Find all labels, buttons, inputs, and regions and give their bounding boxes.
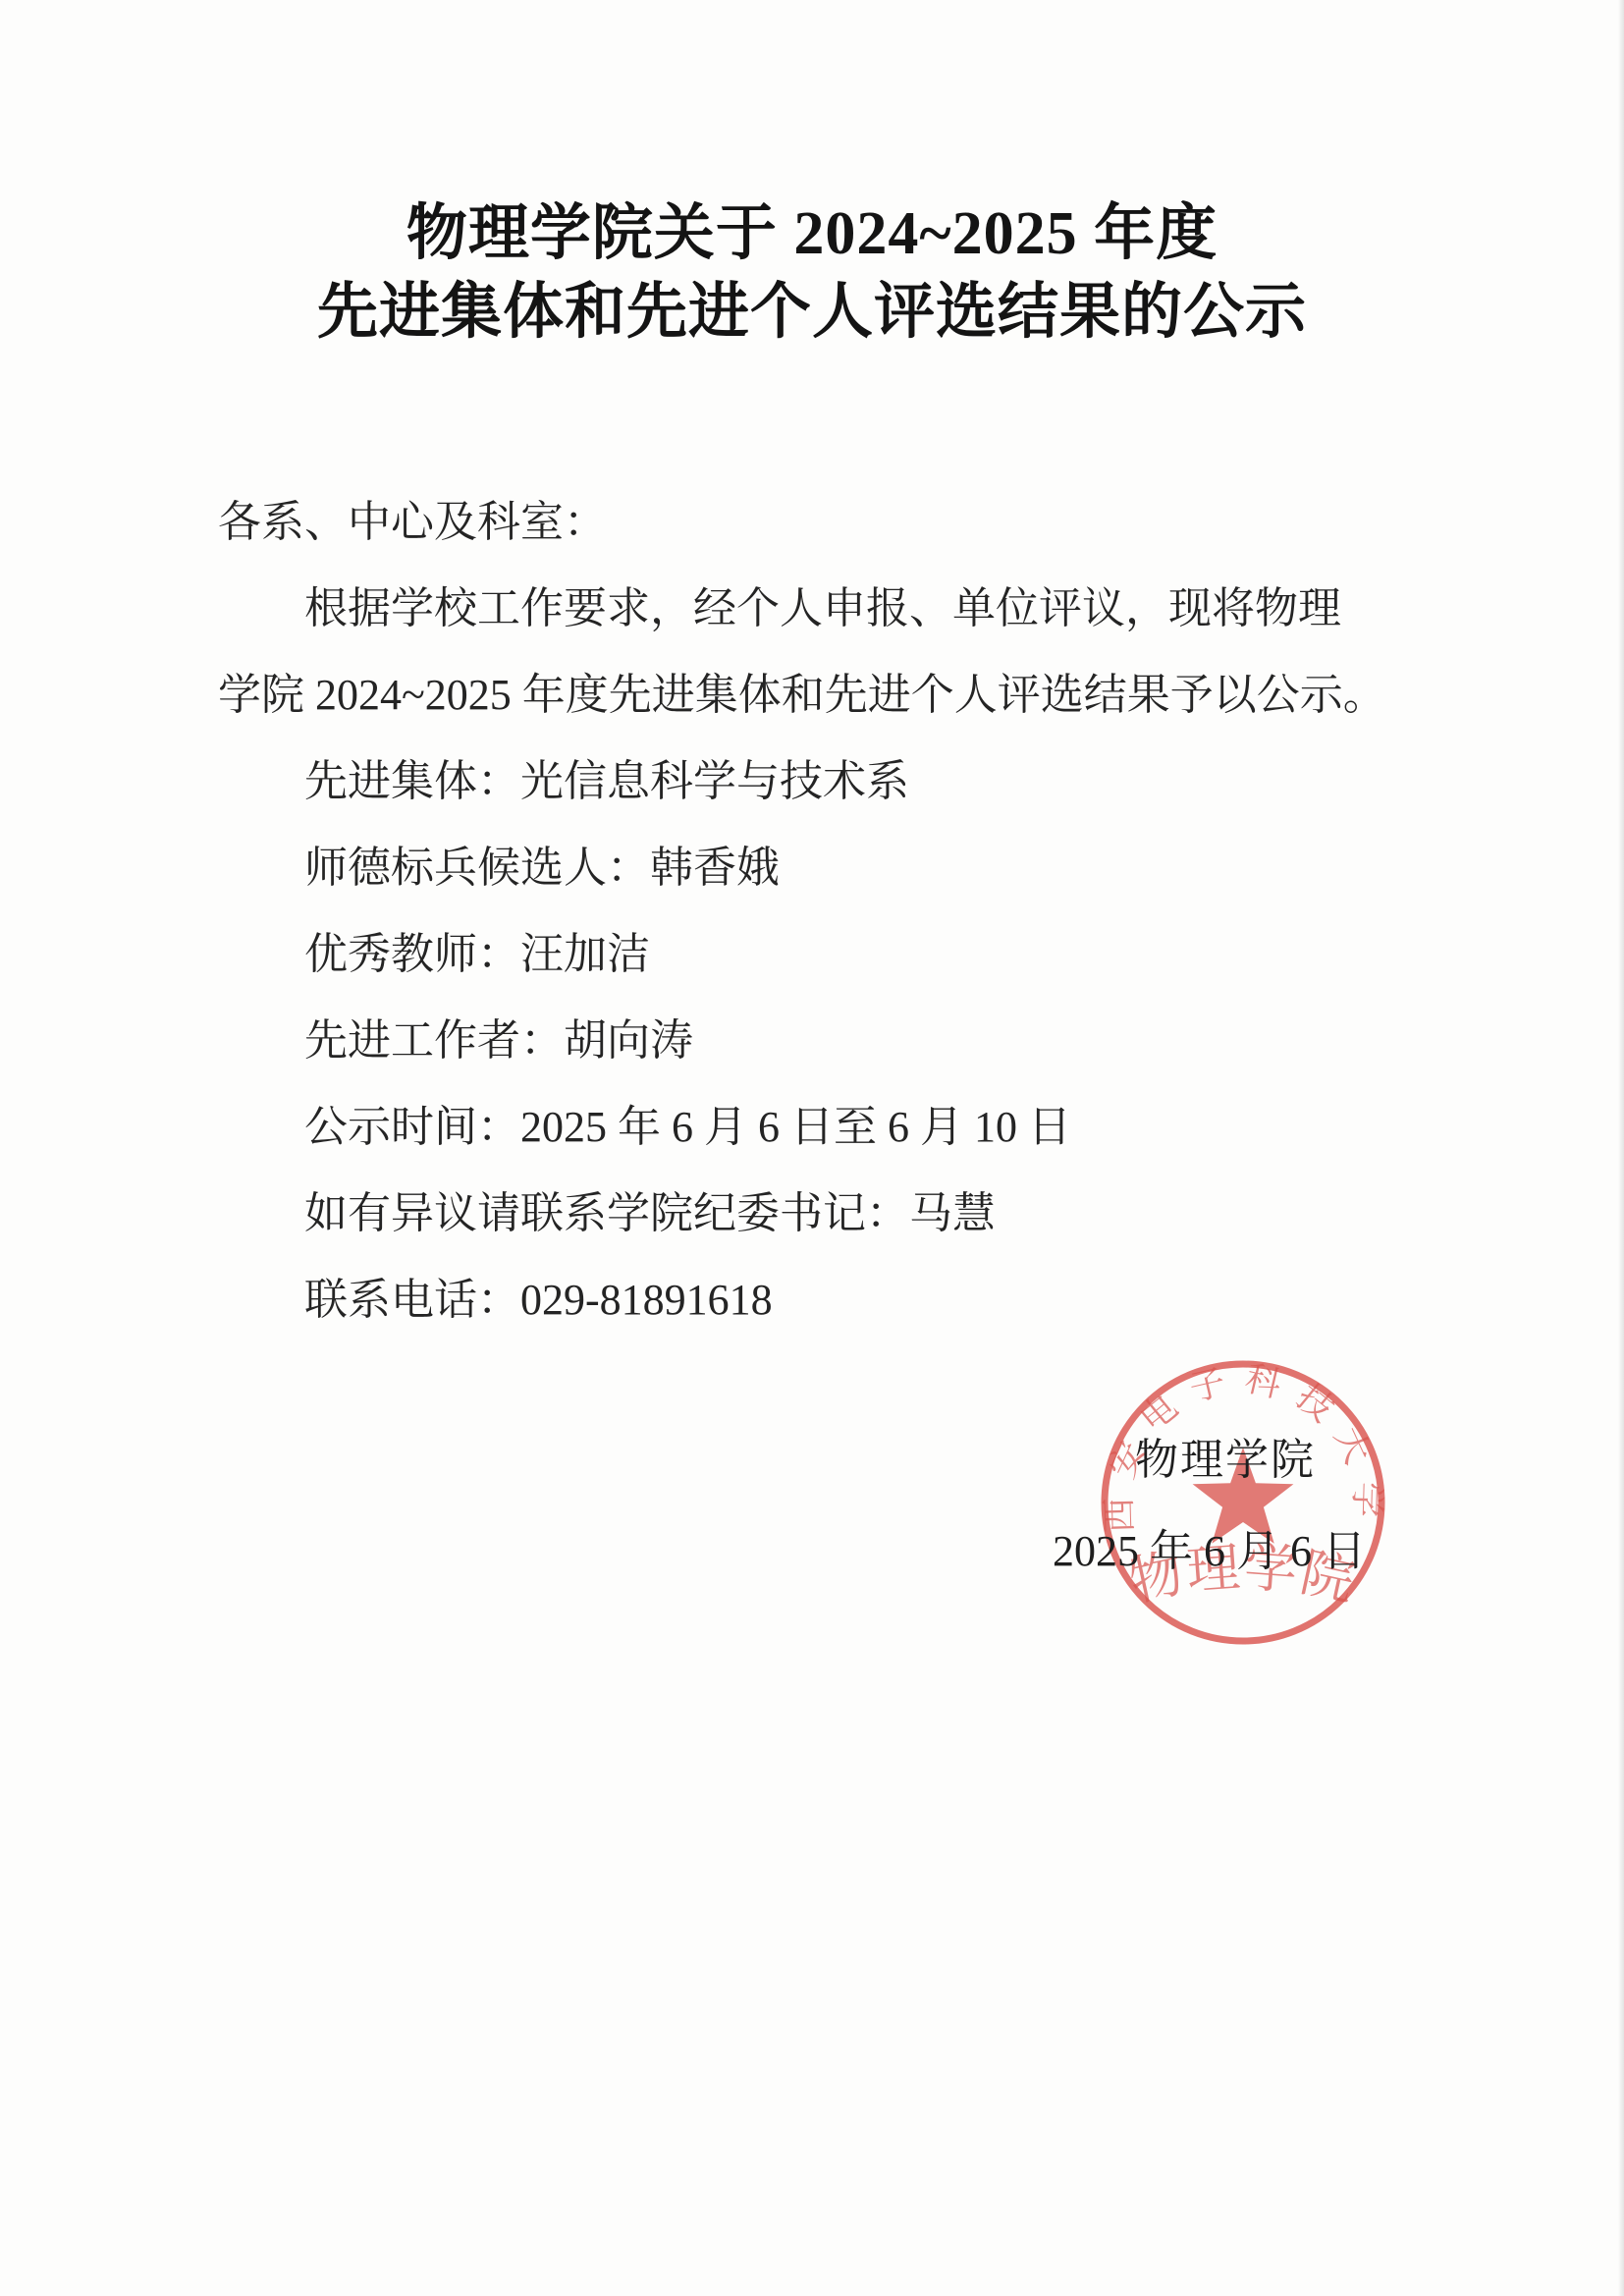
item-advanced-worker: 先进工作者：胡向涛 — [218, 998, 1424, 1084]
item-contact-phone: 联系电话：029-81891618 — [218, 1257, 1424, 1343]
signature-date: 2025 年 6 月 6 日 — [1053, 1515, 1366, 1578]
item-model-teacher-candidate: 师德标兵候选人：韩香娥 — [218, 825, 1424, 911]
item-objection-contact: 如有异议请联系学院纪委书记：马慧 — [218, 1171, 1424, 1257]
salutation: 各系、中心及科室： — [218, 479, 1424, 566]
document-page: 物理学院关于 2024~2025 年度 先进集体和先进个人评选结果的公示 各系、… — [0, 0, 1624, 2296]
official-seal: 西安电子科技大学 物理学院 — [1098, 1357, 1388, 1648]
item-excellent-teacher: 优秀教师：汪加洁 — [218, 911, 1424, 998]
signature-organization: 物理学院 — [1135, 1424, 1316, 1487]
paragraph-line1: 根据学校工作要求，经个人申报、单位评议，现将物理 — [218, 566, 1424, 652]
document-body: 各系、中心及科室： 根据学校工作要求，经个人申报、单位评议，现将物理 学院 20… — [218, 479, 1424, 1343]
document-title-line2: 先进集体和先进个人评选结果的公示 — [317, 279, 1307, 346]
item-publicity-period: 公示时间：2025 年 6 月 6 日至 6 月 10 日 — [218, 1084, 1424, 1171]
document-title: 物理学院关于 2024~2025 年度 先进集体和先进个人评选结果的公示 — [0, 194, 1624, 352]
item-advanced-collective: 先进集体：光信息科学与技术系 — [218, 738, 1424, 825]
paragraph-line2: 学院 2024~2025 年度先进集体和先进个人评选结果予以公示。 — [218, 652, 1424, 738]
document-title-line1: 物理学院关于 2024~2025 年度 — [406, 200, 1218, 267]
scan-edge-shadow — [1618, 0, 1624, 2296]
